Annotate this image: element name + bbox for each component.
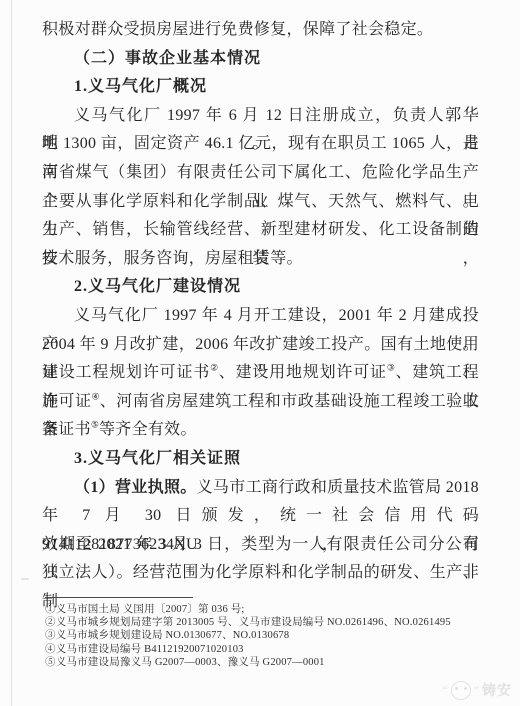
footnote-divider [45,597,193,598]
zhuan-mascot-icon [451,681,471,700]
superscript-footnote-ref: ② [210,363,219,373]
text-run: 等齐全有效。 [99,421,197,438]
text-run: 案证书 [42,421,91,438]
footnote-section: ①义马市国土局 义国用〔2007〕第 036 号; ②义马市城乡规划局建字第 2… [45,597,477,669]
text-run: 义马市工商行政和质量技术监管局 2018 [197,479,479,496]
text-line: 2.义马气化厂建设情况 [42,273,479,302]
quote-mark-icon: ” [474,684,479,696]
document-text-block: 积极对群众受损房屋进行免费修复，保障了社会稳定。（二）事故企业基本情况1.义马气… [42,16,479,588]
text-line: 义马气化厂 1997 年 6 月 12 日注册成立，负责人郭华明。占 [42,102,479,131]
text-line: 南省煤气（集团）有限责任公司下属化工、危险化学品生产企业。 [42,159,479,188]
text-run: 技术服务，服务咨询，房屋租赁等。 [42,250,303,267]
text-run: 3.义马气化厂相关证照 [74,450,241,467]
text-line: （二）事故企业基本情况 [42,45,479,74]
text-line: 生产、销售，长输管线经营、新型建材研发、化工设备制造安装， [42,216,479,245]
text-run: 建设工程规划许可证书 [42,364,210,381]
footnote-item: ⑤义马市建设局豫义马 G2007—0003、豫义马 G2007—0001 [45,656,477,669]
text-line: 1.义马气化厂概况 [42,73,479,102]
text-run: 2.义马气化厂建设情况 [74,278,241,295]
text-line: 义马气化厂 1997 年 4 月开工建设，2001 年 2 月建成投产。 [42,302,479,331]
text-line: （1）营业执照。义马市工商行政和质量技术监管局 2018 [42,474,479,503]
quote-mark-icon: “ [442,684,447,696]
text-line: 效期至 2021 年 3 月 3 日，类型为一人有限责任公司分公司（非 [42,531,479,560]
text-line: 2004 年 9 月改扩建，2006 年改扩建竣工投产。国有土地使用证①、 [42,331,479,360]
footnote-item: ①义马市国土局 义国用〔2007〕第 036 号; [45,603,477,616]
watermark-text: 铸安 [482,680,512,700]
text-line: 许可证④、河南省房屋建筑工程和市政基础设施工程竣工验收备 [42,388,479,417]
text-line: 地 1300 亩，固定资产 46.1 亿元，现有在职员工 1065 人，是河 [42,130,479,159]
text-line: 独立法人）。经营范围为化学原料和化学制品的研发、生产、制 [42,559,479,588]
scan-artifact [21,578,29,580]
text-run: （二）事故企业基本情况 [74,50,261,67]
footnote-item: ③义马市城乡规划建设局 NO.0130677、NO.0130678 [45,629,477,642]
footnote-item: ②义马市城乡规划局建字第 2013005 号、义马市建设局编号 NO.02614… [45,616,477,629]
footnote-item: ④义马市建设局编号 B41121920071020103 [45,643,477,656]
document-page: 积极对群众受损房屋进行免费修复，保障了社会稳定。（二）事故企业基本情况1.义马气… [0,0,520,706]
text-line: 3.义马气化厂相关证照 [42,445,479,474]
superscript-footnote-ref: ④ [92,391,100,401]
text-run: 、建设用地规划许可证 [219,364,387,381]
text-line: 主要从事化学原料和化学制品、煤气、天然气、燃料气、电力的 [42,188,479,217]
scan-edge-line [11,0,12,706]
text-line: 积极对群众受损房屋进行免费修复，保障了社会稳定。 [42,16,479,45]
text-run: 许可证 [42,393,92,410]
watermark: “ ” 铸安 [442,680,512,700]
superscript-footnote-ref: ⑤ [91,420,99,430]
text-line: 案证书⑤等齐全有效。 [42,416,479,445]
text-line: 年 7 月 30 日颁发，统一社会信用代码 9141128187736234XU… [42,502,479,531]
text-run: （1）营业执照。 [74,479,197,496]
text-run: 积极对群众受损房屋进行免费修复，保障了社会稳定。 [42,21,433,38]
text-line: 建设工程规划许可证书②、建设用地规划许可证③、建筑工程施工 [42,359,479,388]
text-run: 1.义马气化厂概况 [74,78,207,95]
